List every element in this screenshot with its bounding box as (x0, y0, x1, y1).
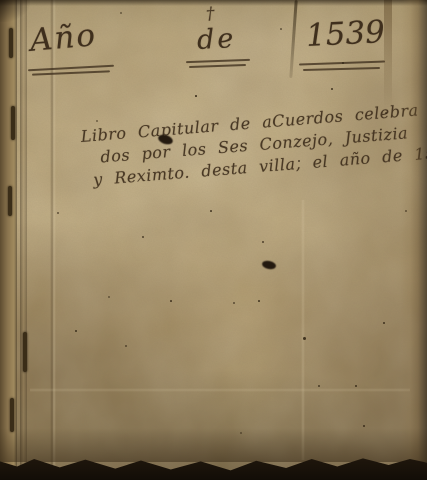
top-right-streak (384, 0, 392, 110)
underline (303, 67, 380, 71)
title-inscription: Libro Capitular de aCuerdos celebra dos … (80, 99, 424, 191)
underline (186, 59, 250, 63)
top-edge-shadow (0, 0, 427, 6)
soft-vertical-crease (301, 200, 305, 460)
underline (32, 70, 110, 75)
soft-horizontal-crease (30, 388, 410, 392)
manuscript-photo: Año † de 1539 Libro Capitular de aCuerdo… (0, 0, 427, 480)
stitch-mark (10, 398, 14, 432)
top-crack-wrinkle (289, 0, 297, 78)
stitch-mark (23, 332, 27, 372)
binding-spine (0, 0, 17, 480)
de-word: de (196, 23, 237, 56)
stitch-mark (9, 28, 13, 58)
underline (189, 64, 246, 68)
parchment-cover: Año † de 1539 Libro Capitular de aCuerdo… (0, 0, 427, 480)
year-number: 1539 (305, 14, 386, 54)
cross-mark: † (205, 4, 215, 25)
bottom-edge-darkening (0, 428, 427, 462)
right-edge-shadow (401, 0, 427, 480)
stitch-mark (11, 106, 15, 140)
year-word: Año (29, 17, 99, 59)
hinge-crease (20, 0, 27, 480)
ink-blot (261, 260, 276, 271)
stitch-mark (8, 186, 12, 216)
